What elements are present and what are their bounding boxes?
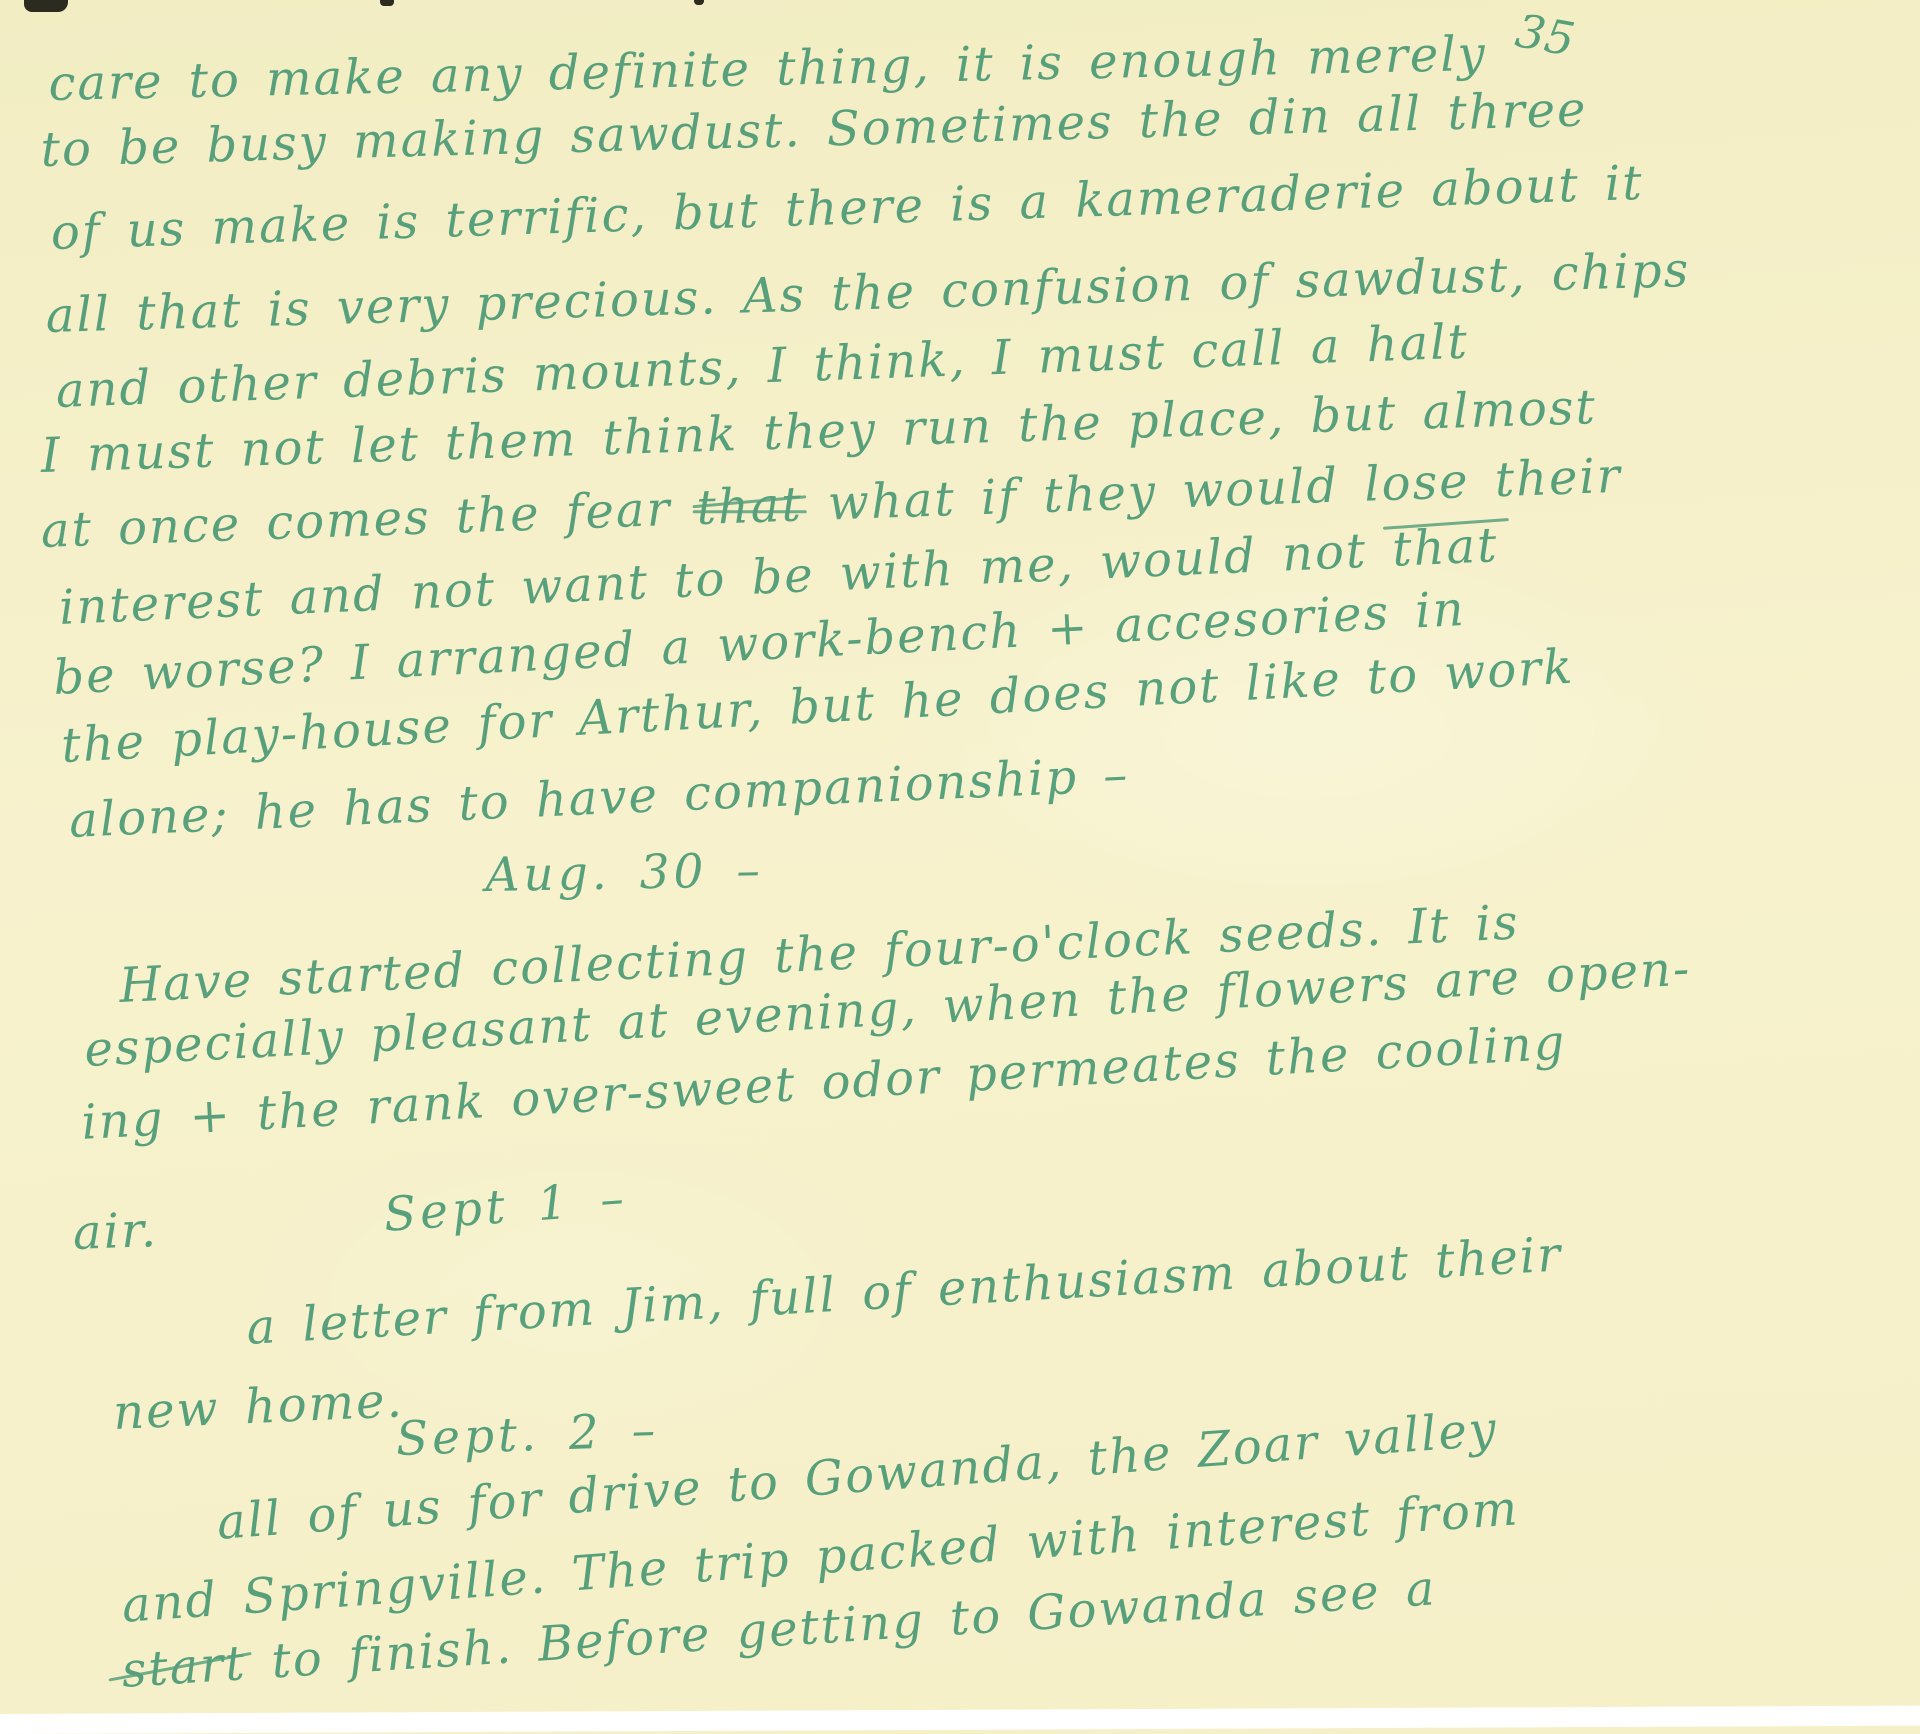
scan-speck — [694, 0, 704, 5]
crossed-out-word: that — [696, 476, 804, 536]
handwritten-line: a letter from Jim, full of enthusiasm ab… — [245, 1226, 1564, 1355]
handwritten-line: air. — [72, 1202, 159, 1261]
crossed-out-word: start — [120, 1635, 248, 1699]
handwritten-line: new home. — [112, 1372, 405, 1441]
crossbarred-word: that — [1391, 517, 1499, 578]
journal-page: 35 care to make any definite thing, it i… — [0, 0, 1920, 1734]
page-number: 35 — [1512, 3, 1579, 66]
scan-speck — [24, 0, 68, 12]
scan-speck — [380, 0, 394, 6]
line-text: at once comes the fear — [40, 481, 672, 559]
entry-date-heading: Sept. 2 – — [395, 1403, 660, 1467]
entry-date-heading: Sept 1 – — [382, 1171, 630, 1243]
scan-edge-strip — [0, 1705, 1920, 1734]
entry-date-heading: Aug. 30 – — [485, 843, 764, 903]
